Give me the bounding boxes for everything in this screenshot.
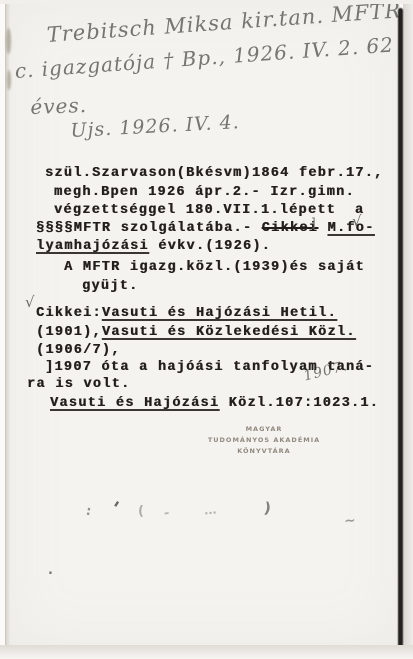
- pencil-mark: √: [352, 212, 362, 230]
- typed-line: ra is volt.: [27, 377, 130, 392]
- typed-line: ]1907 óta a hajóási tanfolyam taná-: [45, 360, 374, 375]
- typed-text: Közl.107:1023.1.: [219, 396, 379, 411]
- typed-line: megh.Bpen 1926 ápr.2.- Izr.gimn.: [54, 185, 355, 200]
- torn-paper-spot: [7, 70, 11, 90]
- typed-text: végzettséggel 180.VII.1.lépett a: [54, 203, 364, 218]
- ink-mark: ~: [343, 512, 356, 529]
- handwritten-line: éves.: [30, 93, 87, 119]
- ink-mark: -: [163, 506, 170, 522]
- handwritten-line: Ujs. 1926. IV. 4.: [70, 111, 240, 142]
- typed-text: M.fo-: [327, 221, 374, 236]
- typed-text: (1901),: [36, 325, 102, 340]
- typed-text: Vasuti és Hajózási: [50, 396, 219, 411]
- ink-mark: ': [105, 496, 123, 520]
- library-stamp: MAGYAR TUDOMÁNYOS AKADÉMIA KÖNYVTÁRA: [208, 424, 320, 457]
- typed-line: Vasuti és Hajózási Közl.107:1023.1.: [50, 396, 379, 411]
- typed-text: ]1907 óta a hajóási tanfolyam taná-: [45, 360, 374, 375]
- library-stamp-line1: MAGYAR: [208, 424, 320, 435]
- index-card: Trebitsch Miksa kir.tan. MFTRc. igazgató…: [8, 3, 400, 645]
- typed-text: (1906/7),: [36, 343, 121, 358]
- ink-mark: .: [48, 563, 53, 578]
- typed-text: Cikkei:: [36, 306, 102, 321]
- ink-mark: ): [263, 499, 272, 518]
- card-left-torn-edge: [5, 0, 10, 650]
- typed-line: (1901),Vasuti és Közlekedési Közl.: [36, 325, 356, 340]
- ink-mark: :: [85, 504, 93, 520]
- typed-line: gyüjt.: [82, 279, 138, 294]
- typed-line: §§§§MFTR szolgálatába.- Cikkei M.fo-: [36, 221, 374, 236]
- typed-text: A MFTR igazg.közl.(1939)és saját: [64, 260, 365, 275]
- typed-line: szül.Szarvason(Bkésvm)1864 febr.17.,: [45, 166, 383, 181]
- background-right-strip: [403, 0, 413, 659]
- typed-text: szül.Szarvason(Bkésvm)1864 febr.17.,: [45, 166, 383, 181]
- typed-text: Vasuti és Hajózási Hetil.: [102, 306, 337, 321]
- library-stamp-line2: TUDOMÁNYOS AKADÉMIA: [208, 435, 320, 446]
- typed-text: gyüjt.: [82, 279, 138, 294]
- typed-line: (1906/7),: [36, 343, 121, 358]
- typed-line: végzettséggel 180.VII.1.lépett a: [54, 203, 364, 218]
- typed-line: Cikkei:Vasuti és Hajózási Hetil.: [36, 306, 337, 321]
- card-right-edge-shadow: [398, 8, 403, 653]
- typed-line: A MFTR igazg.közl.(1939)és saját: [64, 260, 365, 275]
- typed-text: évkv.(1926).: [149, 239, 271, 254]
- typed-text: lyamhajózási: [36, 239, 149, 254]
- torn-paper-spot: [6, 28, 11, 54]
- typed-text: §§§§MFTR szolgálatába.-: [36, 221, 262, 236]
- ink-mark: ...: [203, 503, 217, 517]
- typed-line: lyamhajózási évkv.(1926).: [36, 239, 271, 254]
- background-top-strip: [0, 0, 413, 4]
- ink-mark: (: [138, 504, 144, 519]
- background-bottom-strip: [0, 645, 413, 659]
- library-stamp-line3: KÖNYVTÁRA: [208, 446, 320, 457]
- typed-text: megh.Bpen 1926 ápr.2.- Izr.gimn.: [54, 185, 355, 200]
- typed-text: Cikkei: [262, 221, 318, 236]
- scanned-card-photo: Trebitsch Miksa kir.tan. MFTRc. igazgató…: [0, 0, 413, 659]
- pencil-mark: √: [25, 293, 35, 311]
- pencil-mark: ]: [311, 216, 316, 230]
- typed-text: Vasuti és Közlekedési Közl.: [102, 325, 356, 340]
- typed-text: ra is volt.: [27, 377, 130, 392]
